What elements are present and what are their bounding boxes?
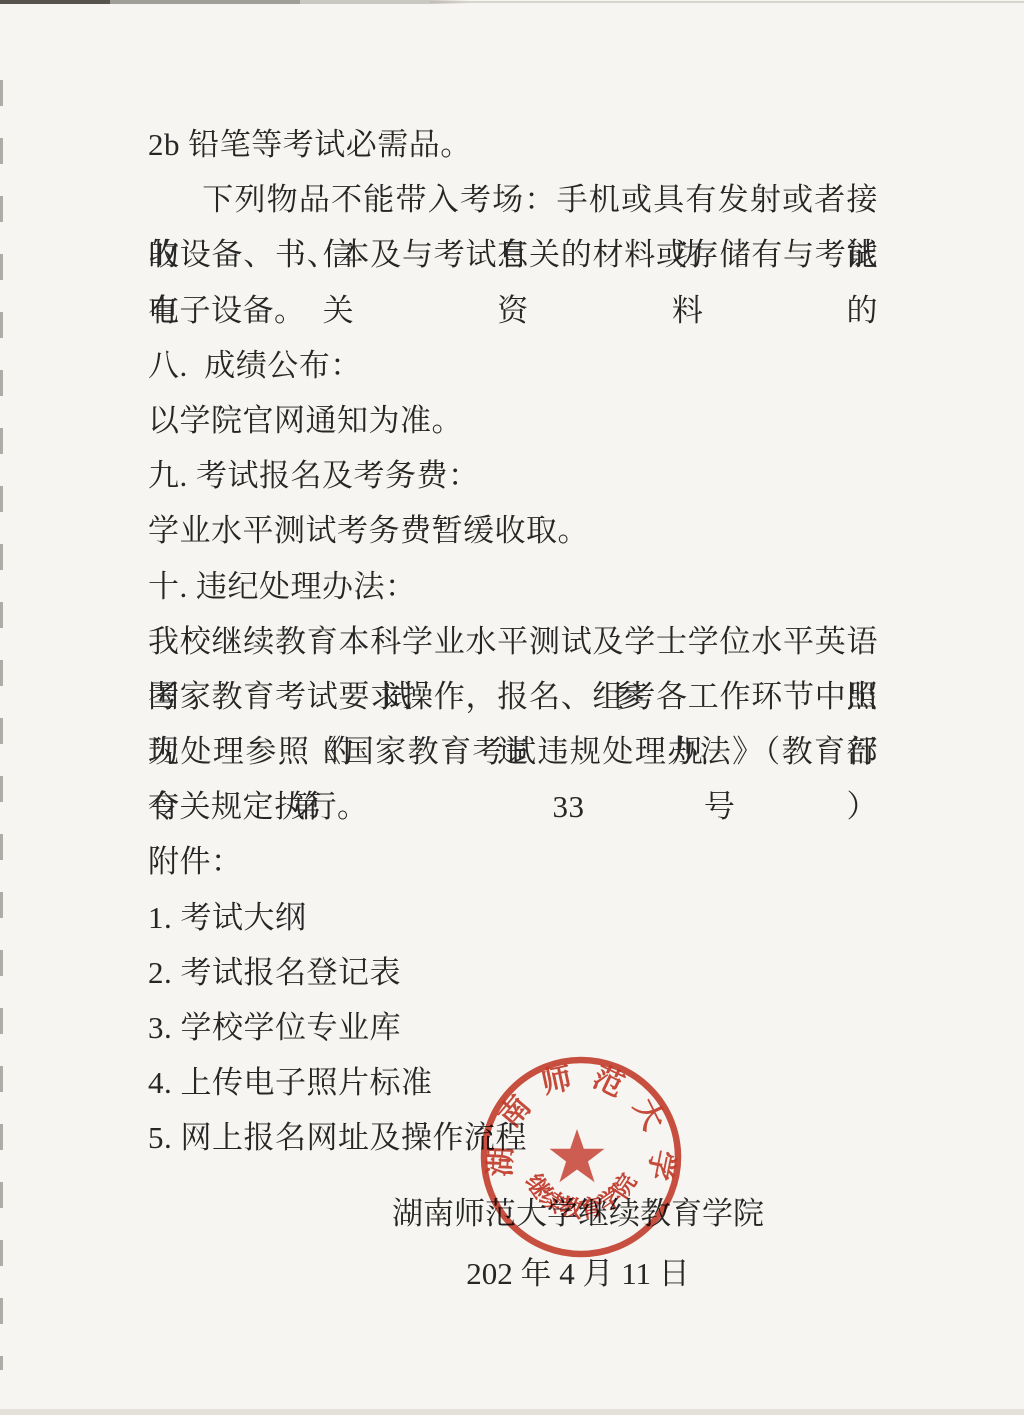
scan-artifact-top-edge (0, 0, 470, 4)
body-line: 国家教育考试要求操作，报名、组考各工作环节中出现的违规行 (148, 669, 878, 724)
document-page: 2b 铅笔等考试必需品。 下列物品不能带入考场：手机或具有发射或者接收信息功能 … (0, 0, 1024, 1415)
scan-artifact-bottom-edge (0, 1409, 1024, 1415)
section-heading-8: 八. 成绩公布： (148, 338, 878, 393)
body-line: 下列物品不能带入考场：手机或具有发射或者接收信息功能 (148, 172, 878, 227)
body-line: 学业水平测试考务费暂缓收取。 (148, 503, 878, 558)
attachments-heading: 附件： (148, 834, 878, 889)
scan-artifact-left-edge (0, 80, 3, 1370)
body-line: 以学院官网通知为准。 (148, 393, 878, 448)
section-heading-9: 九. 考试报名及考务费： (148, 448, 878, 503)
scan-artifact-top-edge-faint (430, 1, 1024, 3)
document-body: 2b 铅笔等考试必需品。 下列物品不能带入考场：手机或具有发射或者接收信息功能 … (148, 117, 878, 1166)
attachment-item-1: 1. 考试大纲 (148, 890, 878, 945)
official-seal: 湖南师范大学 继续教育学院 (476, 1054, 686, 1260)
body-line: 的设备、书、本及与考试有关的材料或存储有与考试有关资料的 (148, 227, 878, 282)
body-line: 2b 铅笔等考试必需品。 (148, 117, 878, 172)
section-heading-10: 十. 违纪处理办法： (148, 559, 878, 614)
attachment-item-3: 3. 学校学位专业库 (148, 1000, 878, 1055)
star-icon (550, 1129, 605, 1182)
attachment-item-2: 2. 考试报名登记表 (148, 945, 878, 1000)
body-line: 为处理参照《国家教育考试违规处理办法》（教育部令第 33 号） (148, 724, 878, 779)
body-line: 我校继续教育本科学业水平测试及学士学位水平英语考试参照 (148, 614, 878, 669)
seal-outer-text: 湖南师范大学 (484, 1058, 680, 1198)
seal-inner-text: 继续教育学院 (521, 1169, 642, 1223)
